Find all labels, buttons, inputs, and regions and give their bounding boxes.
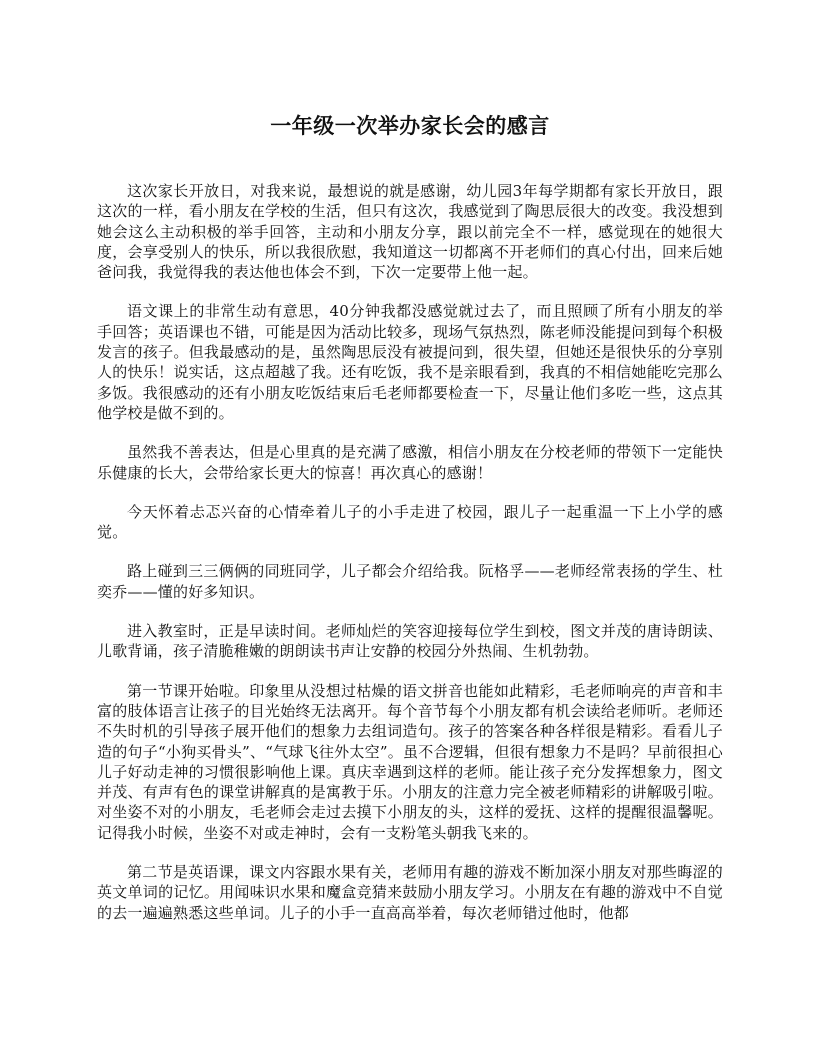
paragraph-4: 今天怀着忐忑兴奋的心情牵着儿子的小手走进了校园，跟儿子一起重温一下上小学的感觉。 bbox=[97, 502, 723, 543]
paragraph-2: 语文课上的非常生动有意思，40分钟我都没感觉就过去了，而且照顾了所有小朋友的举手… bbox=[97, 301, 723, 423]
document-title: 一年级一次举办家长会的感言 bbox=[97, 113, 723, 139]
paragraph-8: 第二节是英语课，课文内容跟水果有关，老师用有趣的游戏不断加深小朋友对那些晦涩的英… bbox=[97, 862, 723, 923]
paragraph-3: 虽然我不善表达，但是心里真的是充满了感激，相信小朋友在分校老师的带领下一定能快乐… bbox=[97, 442, 723, 483]
paragraph-6: 进入教室时，正是早读时间。老师灿烂的笑容迎接每位学生到校，图文并茂的唐诗朗读、儿… bbox=[97, 621, 723, 662]
paragraph-5: 路上碰到三三俩俩的同班同学，儿子都会介绍给我。阮格孚——老师经常表扬的学生、杜奕… bbox=[97, 561, 723, 602]
paragraph-1: 这次家长开放日，对我来说，最想说的就是感谢，幼儿园3年每学期都有家长开放日，跟这… bbox=[97, 181, 723, 282]
paragraph-7: 第一节课开始啦。印象里从没想过枯燥的语文拼音也能如此精彩，毛老师响亮的声音和丰富… bbox=[97, 681, 723, 843]
document-body: 这次家长开放日，对我来说，最想说的就是感谢，幼儿园3年每学期都有家长开放日，跟这… bbox=[97, 181, 723, 942]
